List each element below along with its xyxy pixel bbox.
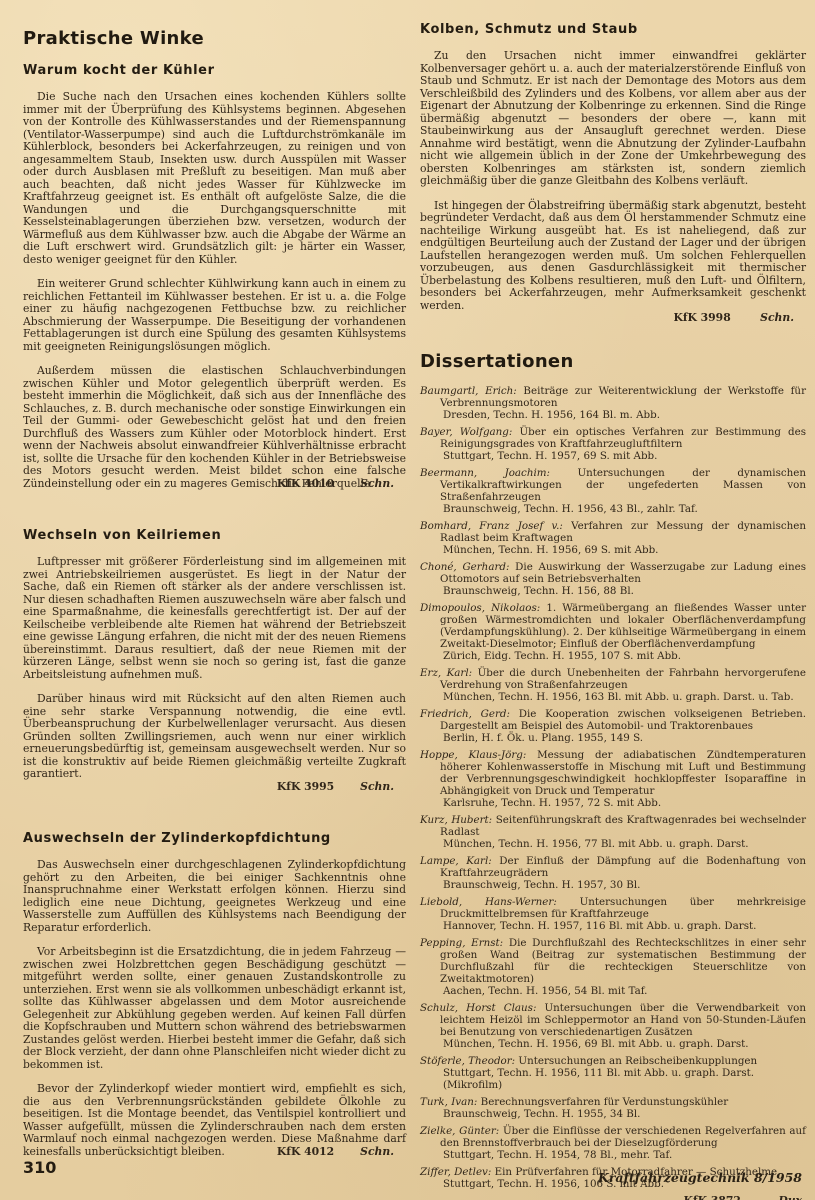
dissertation-entry: Kurz, Hubert: Seitenführungskraft des Kr… bbox=[420, 814, 806, 850]
dissertation-author: Lampe, Karl: bbox=[420, 855, 492, 867]
paragraph: Außerdem müssen die elastischen Schlauch… bbox=[23, 365, 406, 490]
dissertation-author: Erz, Karl: bbox=[420, 667, 472, 679]
dissertation-author: Bomhard, Franz Josef v.: bbox=[420, 520, 563, 532]
dissertation-title-line: Bomhard, Franz Josef v.: Verfahren zur M… bbox=[420, 520, 806, 544]
dissertation-author: Liebold, Hans-Werner: bbox=[420, 896, 557, 908]
dissertation-source: Karlsruhe, Techn. H. 1957, 72 S. mit Abb… bbox=[420, 797, 806, 809]
dissertation-entry: Liebold, Hans-Werner: Untersuchungen übe… bbox=[420, 896, 806, 932]
paragraph: Das Auswechseln einer durchgeschlagenen … bbox=[23, 859, 406, 934]
author-signature: Schn. bbox=[760, 311, 794, 324]
author-signature: Schn. bbox=[360, 780, 394, 793]
dissertation-entry: Beermann, Joachim: Untersuchungen der dy… bbox=[420, 467, 806, 515]
section-heading: Auswechseln der Zylinderkopfdichtung bbox=[23, 831, 406, 846]
kfk-number: KfK 4010 bbox=[277, 477, 334, 490]
dissertation-entry: Baumgartl, Erich: Beiträge zur Weiterent… bbox=[420, 385, 806, 421]
dissertation-author: Hoppe, Klaus-Jörg: bbox=[420, 749, 526, 761]
dissertation-author: Ziffer, Detlev: bbox=[420, 1166, 491, 1178]
dissertation-title-line: Pepping, Ernst: Die Durchflußzahl des Re… bbox=[420, 937, 806, 985]
dissertation-source: Braunschweig, Techn. H. 1955, 34 Bl. bbox=[420, 1108, 806, 1120]
dissertation-source: Braunschweig, Techn. H. 1957, 30 Bl. bbox=[420, 879, 806, 891]
paragraph: Zu den Ursachen nicht immer einwandfrei … bbox=[420, 50, 806, 188]
dissertation-entry: Pepping, Ernst: Die Durchflußzahl des Re… bbox=[420, 937, 806, 997]
author-signature: Schn. bbox=[360, 477, 394, 490]
dissertation-author: Schulz, Horst Claus: bbox=[420, 1002, 536, 1014]
dissertation-title: Über die durch Unebenheiten der Fahrbahn… bbox=[440, 667, 806, 691]
section-heading: Wechseln von Keilriemen bbox=[23, 528, 406, 543]
dissertation-title-line: Choné, Gerhard: Die Auswirkung der Wasse… bbox=[420, 561, 806, 585]
dissertation-entry: Bayer, Wolfgang: Über ein optisches Verf… bbox=[420, 426, 806, 462]
dissertation-title-line: Erz, Karl: Über die durch Unebenheiten d… bbox=[420, 667, 806, 691]
article-ref-line: KfK 3995Schn. bbox=[23, 781, 406, 794]
dissertation-title-line: Dimopoulos, Nikolaos: 1. Wärmeübergang a… bbox=[420, 602, 806, 650]
dissertation-title-line: Kurz, Hubert: Seitenführungskraft des Kr… bbox=[420, 814, 806, 838]
dissertations-ref-line: KfK 3872 Dux bbox=[420, 1195, 806, 1200]
dissertation-author: Dimopoulos, Nikolaos: bbox=[420, 602, 540, 614]
two-column-layout: Praktische Winke Warum kocht der KühlerD… bbox=[0, 0, 815, 1200]
dissertation-author: Stöferle, Theodor: bbox=[420, 1055, 515, 1067]
dissertation-author: Bayer, Wolfgang: bbox=[420, 426, 512, 438]
dissertation-author: Choné, Gerhard: bbox=[420, 561, 509, 573]
dissertation-source: München, Techn. H. 1956, 77 Bl. mit Abb.… bbox=[420, 838, 806, 850]
dissertation-author: Pepping, Ernst: bbox=[420, 937, 503, 949]
paragraph: Ein weiterer Grund schlechter Kühlwirkun… bbox=[23, 278, 406, 353]
dissertation-source: Dresden, Techn. H. 1956, 164 Bl. m. Abb. bbox=[420, 409, 806, 421]
article-ref-line: KfK 3998 Schn. bbox=[420, 312, 806, 325]
dissertation-title-line: Lampe, Karl: Der Einfluß der Dämpfung au… bbox=[420, 855, 806, 879]
right-column: Kolben, Schmutz und Staub Zu den Ursache… bbox=[420, 14, 806, 1200]
dissertation-source: Aachen, Techn. H. 1956, 54 Bl. mit Taf. bbox=[420, 985, 806, 997]
article-section: Auswechseln der ZylinderkopfdichtungDas … bbox=[23, 831, 406, 1158]
dissertation-title: Seitenführungskraft des Kraftwagenrades … bbox=[440, 814, 806, 838]
dissertation-entry: Bomhard, Franz Josef v.: Verfahren zur M… bbox=[420, 520, 806, 556]
article-section: Warum kocht der KühlerDie Suche nach den… bbox=[23, 63, 406, 490]
dissertation-source: Zürich, Eidg. Techn. H. 1955, 107 S. mit… bbox=[420, 650, 806, 662]
dissertation-author: Kurz, Hubert: bbox=[420, 814, 492, 826]
paragraph: Die Suche nach den Ursachen eines kochen… bbox=[23, 91, 406, 266]
dissertation-title-line: Beermann, Joachim: Untersuchungen der dy… bbox=[420, 467, 806, 503]
kfk-number: KfK 3995 bbox=[277, 780, 334, 793]
dissertation-title: Der Einfluß der Dämpfung auf die Bodenha… bbox=[440, 855, 806, 879]
page-number: 310 bbox=[23, 1158, 56, 1177]
dissertation-entry: Friedrich, Gerd: Die Kooperation zwische… bbox=[420, 708, 806, 744]
dissertation-title-line: Turk, Ivan: Berechnungsverfahren für Ver… bbox=[420, 1096, 806, 1108]
dissertation-source: Stuttgart, Techn. H. 1957, 69 S. mit Abb… bbox=[420, 450, 806, 462]
dissertation-entry: Lampe, Karl: Der Einfluß der Dämpfung au… bbox=[420, 855, 806, 891]
article-section: Wechseln von KeilriemenLuftpresser mit g… bbox=[23, 528, 406, 793]
dissertation-title-line: Hoppe, Klaus-Jörg: Messung der adiabatis… bbox=[420, 749, 806, 797]
paragraph: Luftpresser mit größerer Förderleistung … bbox=[23, 556, 406, 681]
dissertation-entry: Schulz, Horst Claus: Untersuchungen über… bbox=[420, 1002, 806, 1050]
dissertation-title: Berechnungsverfahren für Verdunstungsküh… bbox=[481, 1096, 729, 1108]
dissertation-source: München, Techn. H. 1956, 69 S. mit Abb. bbox=[420, 544, 806, 556]
left-column-sections: Warum kocht der KühlerDie Suche nach den… bbox=[23, 63, 406, 1158]
dissertation-entry: Hoppe, Klaus-Jörg: Messung der adiabatis… bbox=[420, 749, 806, 809]
dissertation-author: Zielke, Günter: bbox=[420, 1125, 499, 1137]
dissertation-title-line: Bayer, Wolfgang: Über ein optisches Verf… bbox=[420, 426, 806, 450]
scanned-journal-page: Praktische Winke Warum kocht der KühlerD… bbox=[0, 0, 815, 1200]
dissertations-heading: Dissertationen bbox=[420, 351, 806, 372]
dissertation-entry: Stöferle, Theodor: Untersuchungen an Rei… bbox=[420, 1055, 806, 1091]
dissertation-title-line: Liebold, Hans-Werner: Untersuchungen übe… bbox=[420, 896, 806, 920]
dissertation-title-line: Zielke, Günter: Über die Einflüsse der v… bbox=[420, 1125, 806, 1149]
dissertation-source: Berlin, H. f. Ök. u. Plang. 1955, 149 S. bbox=[420, 732, 806, 744]
journal-footer: Kraftfahrzeugtechnik 8/1958 bbox=[598, 1170, 802, 1185]
dissertation-entry: Choné, Gerhard: Die Auswirkung der Wasse… bbox=[420, 561, 806, 597]
left-column: Praktische Winke Warum kocht der KühlerD… bbox=[23, 14, 406, 1200]
dissertation-entry: Zielke, Günter: Über die Einflüsse der v… bbox=[420, 1125, 806, 1161]
kfk-number: KfK 3998 bbox=[673, 311, 730, 324]
dissertation-entry: Dimopoulos, Nikolaos: 1. Wärmeübergang a… bbox=[420, 602, 806, 662]
paragraph: Vor Arbeitsbeginn ist die Ersatzdichtung… bbox=[23, 946, 406, 1071]
dissertation-source: Braunschweig, Techn. H. 156, 88 Bl. bbox=[420, 585, 806, 597]
dissertation-title-line: Stöferle, Theodor: Untersuchungen an Rei… bbox=[420, 1055, 806, 1067]
dissertation-author: Baumgartl, Erich: bbox=[420, 385, 517, 397]
dissertation-title-line: Friedrich, Gerd: Die Kooperation zwische… bbox=[420, 708, 806, 732]
dissertation-source: Stuttgart, Techn. H. 1956, 111 Bl. mit A… bbox=[420, 1067, 806, 1091]
section-heading: Kolben, Schmutz und Staub bbox=[420, 22, 806, 37]
dissertation-title-line: Schulz, Horst Claus: Untersuchungen über… bbox=[420, 1002, 806, 1038]
dissertation-source: Hannover, Techn. H. 1957, 116 Bl. mit Ab… bbox=[420, 920, 806, 932]
section-heading: Warum kocht der Kühler bbox=[23, 63, 406, 78]
dissertation-entry: Turk, Ivan: Berechnungsverfahren für Ver… bbox=[420, 1096, 806, 1120]
paragraph: Ist hingegen der Ölabstreifring übermäßi… bbox=[420, 200, 806, 313]
dissertation-title-line: Baumgartl, Erich: Beiträge zur Weiterent… bbox=[420, 385, 806, 409]
article-section-kolben: Kolben, Schmutz und Staub Zu den Ursache… bbox=[420, 22, 806, 325]
author-signature: Schn. bbox=[360, 1145, 394, 1158]
dissertation-source: München, Techn. H. 1956, 163 Bl. mit Abb… bbox=[420, 691, 806, 703]
dissertation-source: München, Techn. H. 1956, 69 Bl. mit Abb.… bbox=[420, 1038, 806, 1050]
dissertations-list: Baumgartl, Erich: Beiträge zur Weiterent… bbox=[420, 385, 806, 1190]
paragraph: Darüber hinaus wird mit Rücksicht auf de… bbox=[23, 693, 406, 781]
dissertation-source: Braunschweig, Techn. H. 1956, 43 Bl., za… bbox=[420, 503, 806, 515]
dissertation-source: Stuttgart, Techn. H. 1954, 78 Bl., mehr.… bbox=[420, 1149, 806, 1161]
dissertation-author: Friedrich, Gerd: bbox=[420, 708, 510, 720]
author-signature: Dux bbox=[778, 1194, 802, 1200]
dissertation-author: Turk, Ivan: bbox=[420, 1096, 477, 1108]
dissertation-title: Untersuchungen an Reibscheibenkupplungen bbox=[518, 1055, 757, 1067]
kfk-number: KfK 4012 bbox=[277, 1145, 334, 1158]
dissertation-author: Beermann, Joachim: bbox=[420, 467, 550, 479]
dissertation-entry: Erz, Karl: Über die durch Unebenheiten d… bbox=[420, 667, 806, 703]
kfk-number: KfK 3872 bbox=[684, 1194, 741, 1200]
page-title: Praktische Winke bbox=[23, 28, 406, 49]
